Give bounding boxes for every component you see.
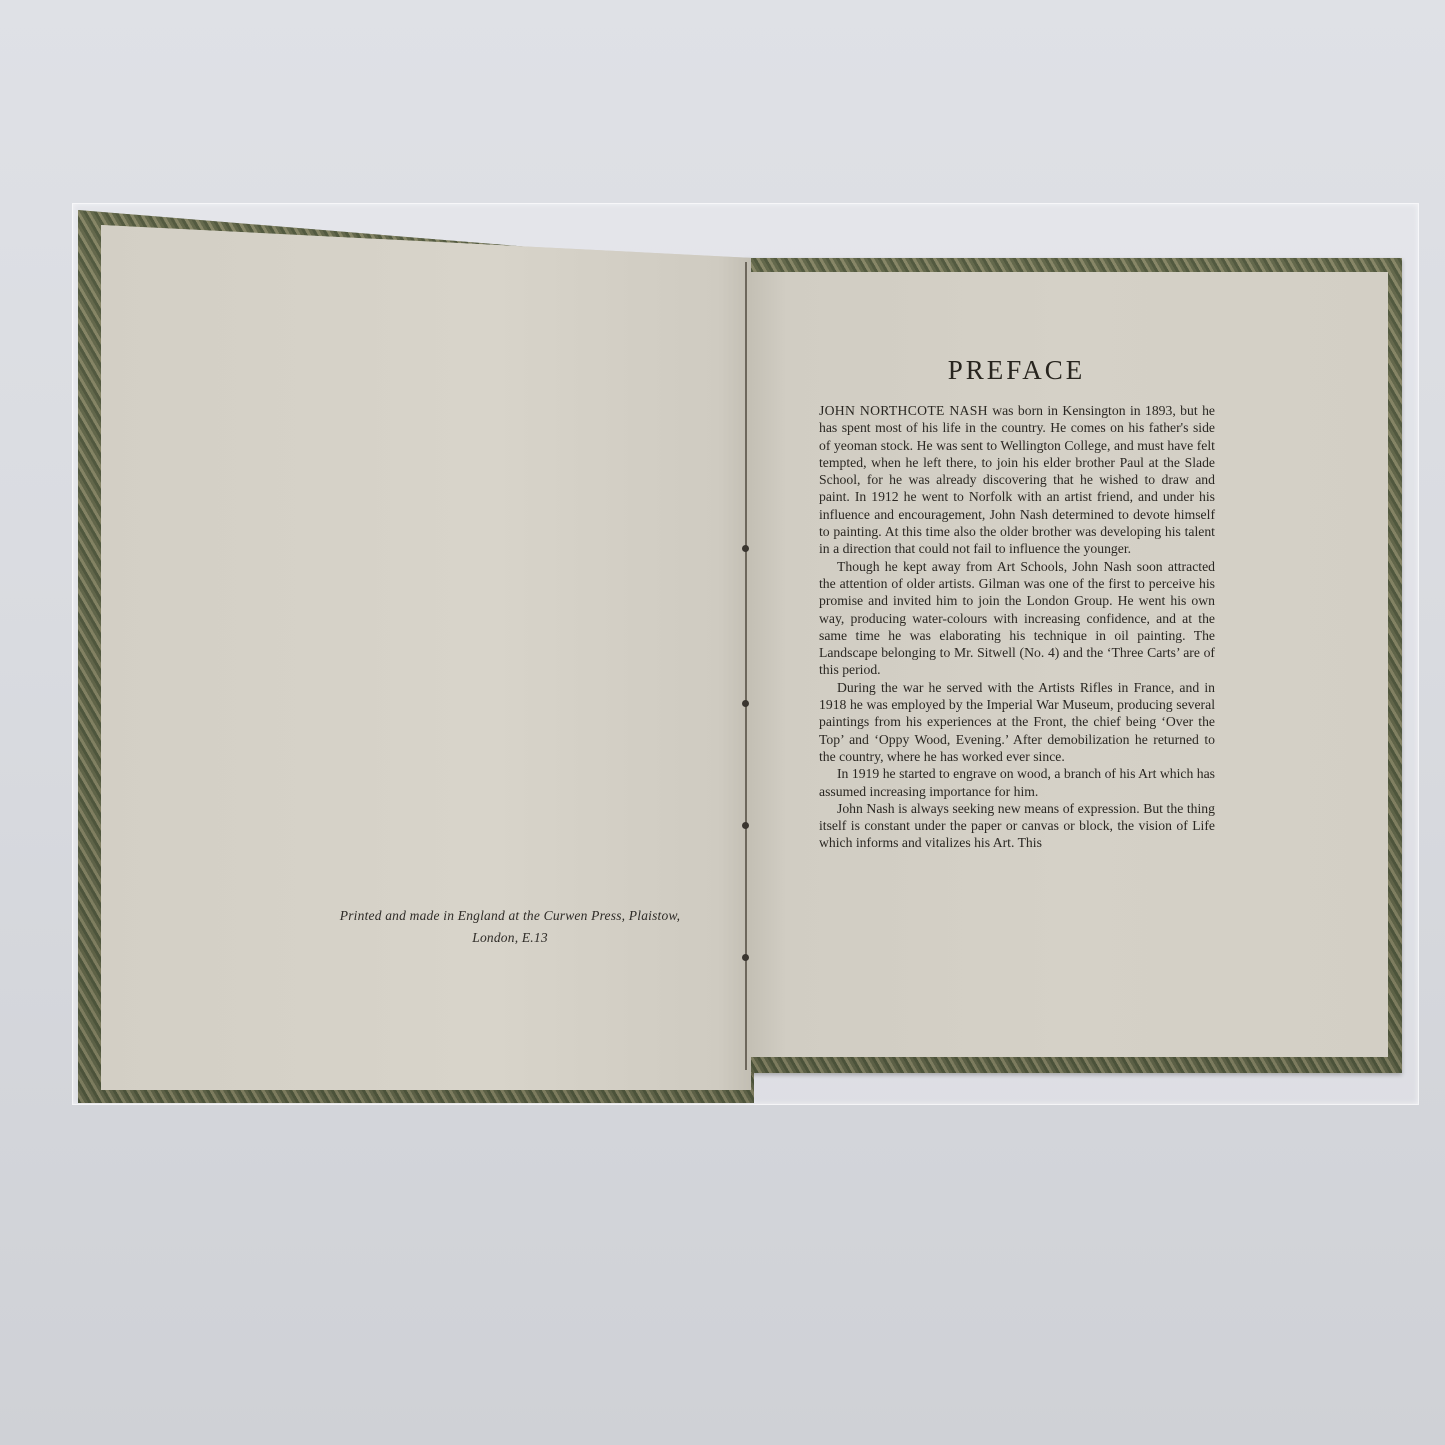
left-page bbox=[101, 225, 751, 1090]
lead-caps: JOHN NORTHCOTE NASH bbox=[819, 403, 988, 418]
paragraph: John Nash is always seeking new means of… bbox=[819, 800, 1215, 852]
paragraph: JOHN NORTHCOTE NASH was born in Kensingt… bbox=[819, 402, 1215, 558]
paragraph-text: was born in Kensington in 1893, but he h… bbox=[819, 403, 1215, 556]
binding-stitch bbox=[742, 822, 749, 829]
paragraph: During the war he served with the Artist… bbox=[819, 679, 1215, 765]
binding-stitch bbox=[742, 545, 749, 552]
photo-scene: Printed and made in England at the Curwe… bbox=[0, 0, 1445, 1445]
imprint-line-1: Printed and made in England at the Curwe… bbox=[300, 905, 720, 927]
binding-stitch bbox=[742, 954, 749, 961]
printer-imprint: Printed and made in England at the Curwe… bbox=[300, 905, 720, 949]
imprint-line-2: London, E.13 bbox=[300, 927, 720, 949]
paragraph: In 1919 he started to engrave on wood, a… bbox=[819, 765, 1215, 800]
preface-body: JOHN NORTHCOTE NASH was born in Kensingt… bbox=[819, 402, 1215, 852]
page-title: PREFACE bbox=[819, 355, 1214, 386]
binding-stitch bbox=[742, 700, 749, 707]
book-gutter bbox=[745, 262, 747, 1070]
paragraph: Though he kept away from Art Schools, Jo… bbox=[819, 558, 1215, 679]
